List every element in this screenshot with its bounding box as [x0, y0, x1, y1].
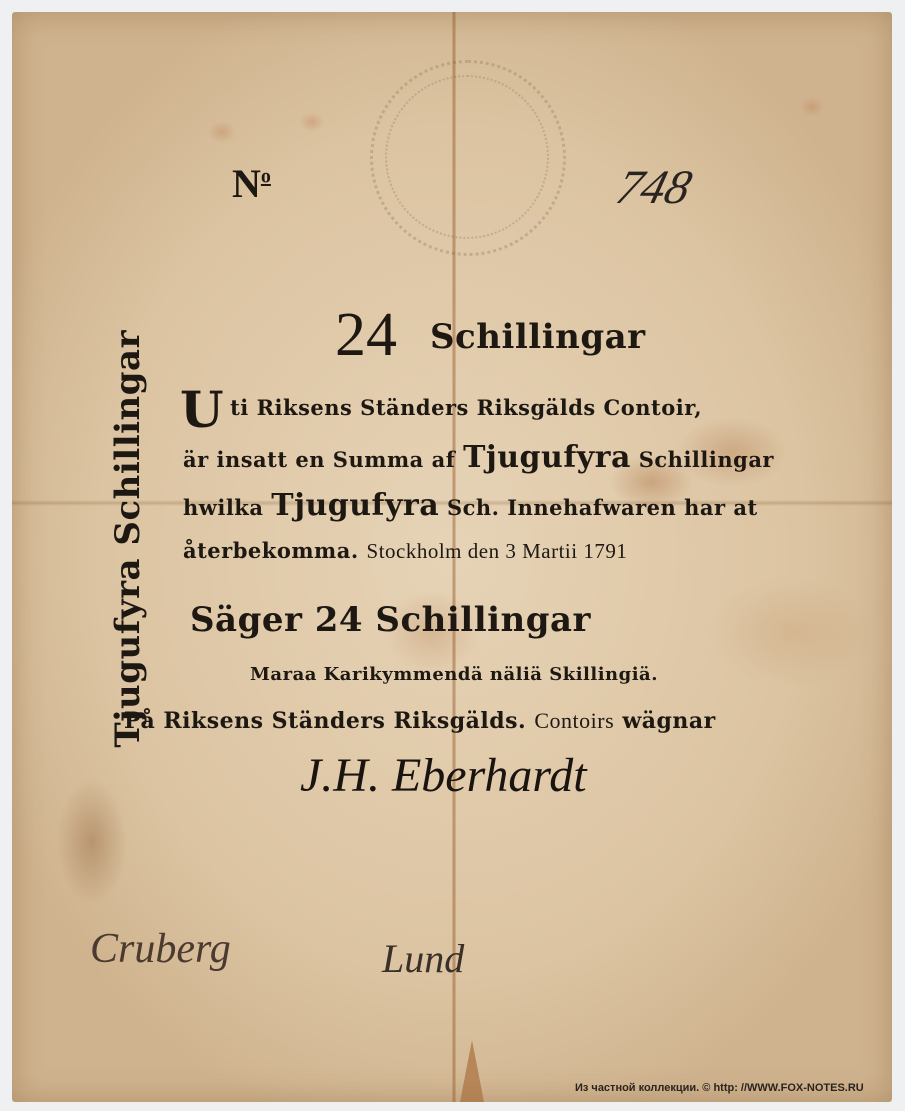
- initial-letter: U: [180, 380, 224, 439]
- body-line-3: hwilka Tjugufyra Sch. Innehafwaren har a…: [183, 488, 758, 523]
- collection-watermark: Из частной коллекции. © http: //WWW.FOX-…: [575, 1082, 864, 1094]
- serial-number: 748: [611, 160, 698, 215]
- body-line-2: är insatt en Summa af Tjugufyra Schillin…: [183, 440, 774, 475]
- embossed-seal-inner: [385, 75, 549, 239]
- place-date: Stockholm den 3 Martii 1791: [367, 539, 628, 563]
- number-label: No: [232, 160, 271, 207]
- finnish-line: Maraa Karikymmendä näliä Skillingiä.: [250, 664, 658, 685]
- amount-word: Tjugufyra: [271, 488, 439, 523]
- signature-right: Lund: [382, 935, 464, 982]
- vertical-denomination-text: Tjugufyra Schillingar: [108, 330, 148, 748]
- authority-line: På Riksens Ständers Riksgälds. Contoirs …: [124, 708, 716, 734]
- signature-left: Cruberg: [90, 925, 231, 973]
- denomination-numeral: 24: [335, 300, 397, 371]
- body-line-1: Uti Riksens Ständers Riksgälds Contoir,: [180, 380, 702, 439]
- denomination-word: Schillingar: [430, 317, 646, 357]
- signature-main: J.H. Eberhardt: [300, 748, 587, 803]
- bottom-tear: [460, 1040, 484, 1102]
- body-line-4: återbekomma. Stockholm den 3 Martii 1791: [183, 538, 627, 564]
- sager-line: Säger 24 Schillingar: [190, 600, 591, 640]
- amount-word: Tjugufyra: [463, 440, 631, 475]
